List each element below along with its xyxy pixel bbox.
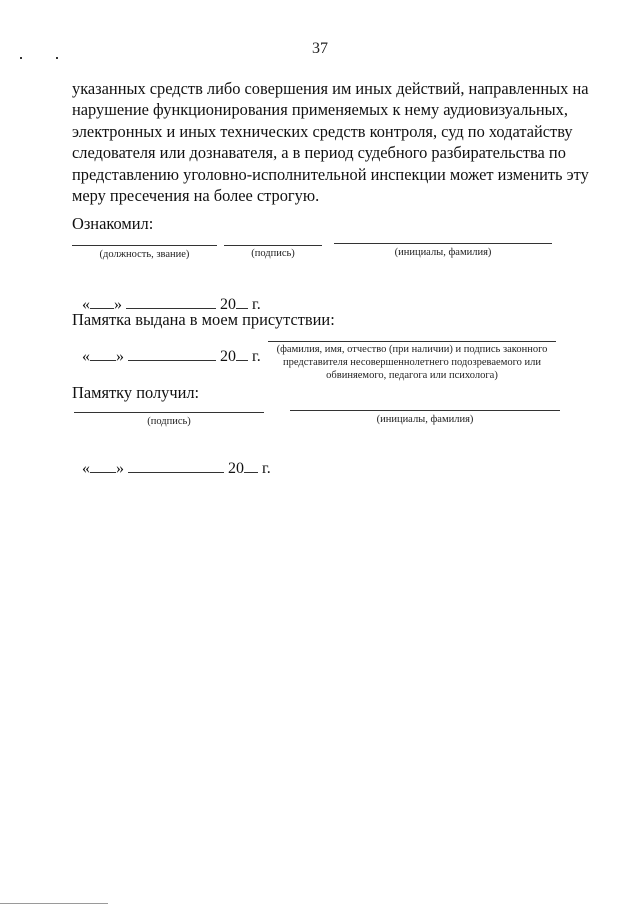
day-field[interactable] (90, 346, 116, 361)
name-caption: (инициалы, фамилия) (334, 247, 552, 258)
body-line: электронных и иных технических средств к… (72, 121, 562, 142)
signature-line[interactable] (224, 245, 322, 246)
year-field[interactable] (244, 458, 258, 473)
received-date: «» 20 г. (74, 440, 271, 478)
issued-heading: Памятка выдана в моем присутствии: (72, 310, 335, 330)
issued-date: «» 20 г. (74, 328, 261, 366)
acknowledged-heading: Ознакомил: (72, 214, 153, 234)
body-paragraph: указанных средств либо совершения им ины… (72, 78, 562, 206)
year-field[interactable] (236, 294, 248, 309)
signature-caption: (подпись) (74, 416, 264, 427)
day-field[interactable] (90, 458, 116, 473)
name-caption: (инициалы, фамилия) (290, 414, 560, 425)
position-caption: (должность, звание) (72, 249, 217, 260)
page-number: 37 (0, 40, 640, 58)
body-line: меру пресечения на более строгую. (72, 185, 562, 206)
day-field[interactable] (90, 294, 114, 309)
acknowledged-date: «» 20 г. (74, 276, 261, 314)
month-field[interactable] (128, 458, 224, 473)
year-field[interactable] (236, 346, 248, 361)
month-field[interactable] (126, 294, 216, 309)
body-line: нарушение функционирования применяемых к… (72, 99, 562, 120)
month-field[interactable] (128, 346, 216, 361)
body-line: следователя или дознавателя, а в период … (72, 142, 562, 163)
representative-caption: (фамилия, имя, отчество (при наличии) и … (262, 343, 562, 382)
signature-caption: (подпись) (224, 248, 322, 259)
representative-signature-line[interactable] (268, 341, 556, 342)
body-line: представлению уголовно-исполнительной ин… (72, 164, 562, 185)
name-signature-line[interactable] (334, 243, 552, 244)
footnote-rule (0, 903, 108, 904)
name-signature-line[interactable] (290, 410, 560, 411)
body-line: указанных средств либо совершения им ины… (72, 78, 562, 99)
received-heading: Памятку получил: (72, 383, 199, 403)
signature-line[interactable] (74, 412, 264, 413)
position-signature-line[interactable] (72, 245, 217, 246)
